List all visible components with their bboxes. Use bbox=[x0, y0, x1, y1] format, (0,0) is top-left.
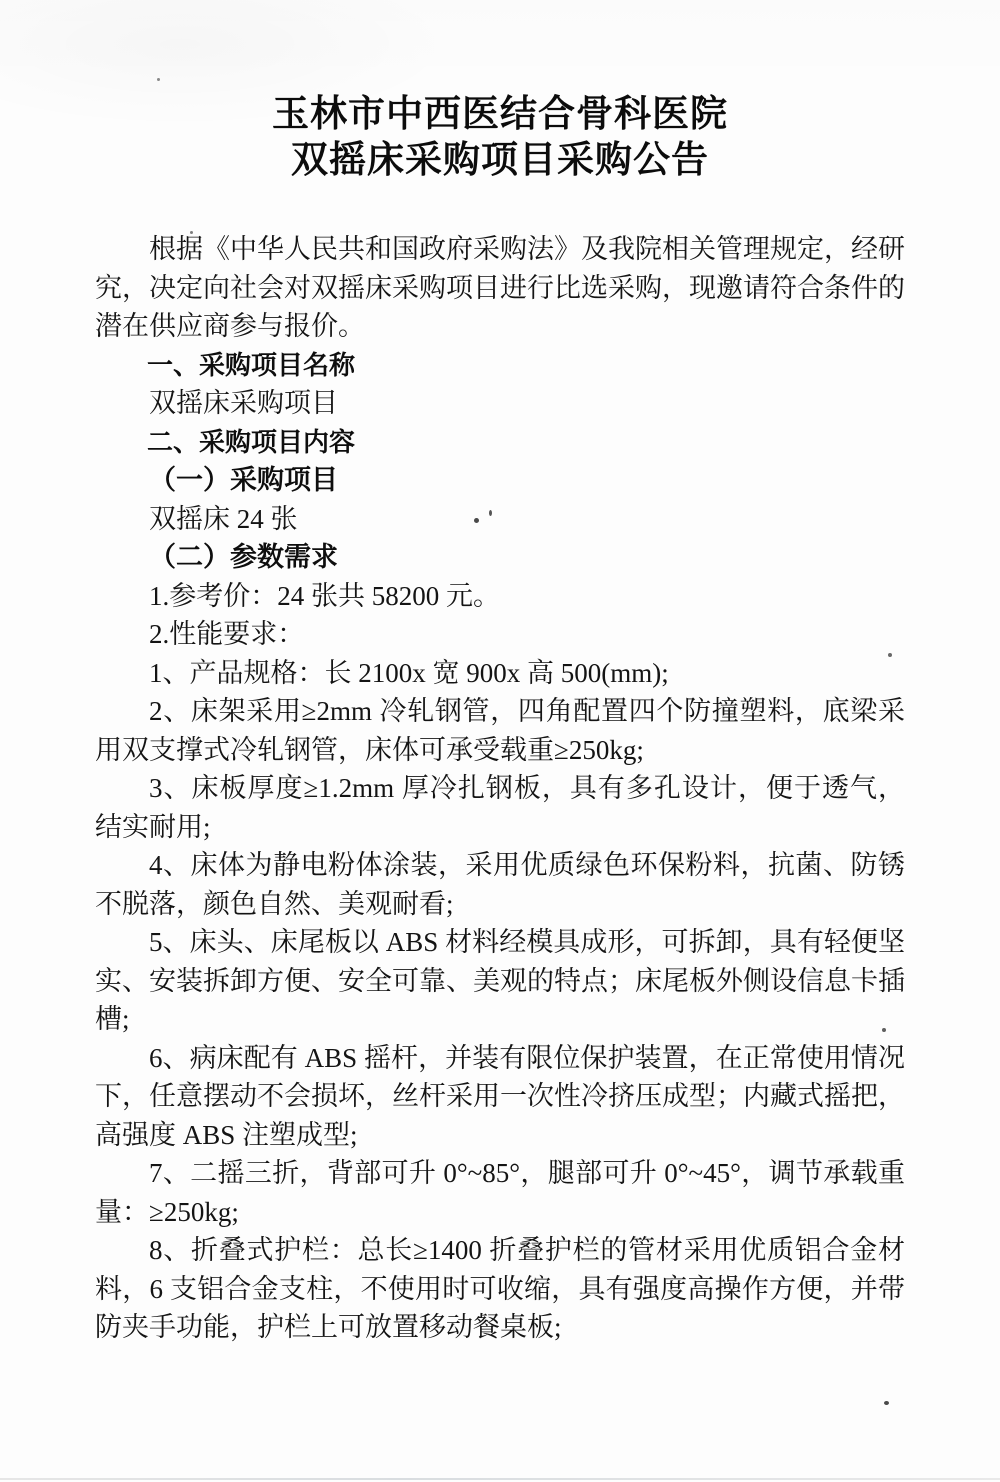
title-line-2: 双摇床采购项目采购公告 bbox=[0, 138, 1000, 184]
scan-speck bbox=[474, 518, 479, 523]
scan-speck bbox=[884, 1401, 889, 1405]
document-body: 根据《中华人民共和国政府采购法》及我院相关管理规定，经研究，决定向社会对双摇床采… bbox=[95, 230, 905, 1347]
title-line-1: 玉林市中西医结合骨科医院 bbox=[0, 92, 1000, 138]
scan-speck bbox=[157, 78, 160, 81]
param-item-5-headboard: 5、床头、床尾板以 ABS 材料经模具成形，可拆卸，具有轻便坚实、安装拆卸方便、… bbox=[95, 923, 905, 1039]
scan-speck bbox=[888, 653, 892, 657]
param-item-4-coating: 4、床体为静电粉体涂装，采用优质绿色环保粉料，抗菌、防锈不脱落，颜色自然、美观耐… bbox=[95, 846, 905, 923]
scan-speck bbox=[891, 277, 895, 281]
param-reference-price: 1.参考价：24 张共 58200 元。 bbox=[95, 577, 905, 616]
subsection-1-heading: （一）采购项目 bbox=[95, 461, 905, 500]
subsection-2-heading: （二）参数需求 bbox=[95, 538, 905, 577]
document-title: 玉林市中西医结合骨科医院 双摇床采购项目采购公告 bbox=[0, 0, 1000, 184]
scan-speck bbox=[882, 1028, 886, 1032]
intro-paragraph: 根据《中华人民共和国政府采购法》及我院相关管理规定，经研究，决定向社会对双摇床采… bbox=[95, 230, 905, 346]
param-item-7-adjustment: 7、二摇三折，背部可升 0°~85°，腿部可升 0°~45°，调节承载重量：≥2… bbox=[95, 1154, 905, 1231]
param-item-2-frame: 2、床架采用≥2mm 冷轧钢管，四角配置四个防撞塑料，底梁采用双支撑式冷轧钢管，… bbox=[95, 692, 905, 769]
section-1-body: 双摇床采购项目 bbox=[95, 384, 905, 423]
section-1-heading: 一、采购项目名称 bbox=[95, 346, 905, 385]
section-2-heading: 二、采购项目内容 bbox=[95, 423, 905, 462]
param-item-8-guardrail: 8、折叠式护栏：总长≥1400 折叠护栏的管材采用优质铝合金材料，6 支铝合金支… bbox=[95, 1231, 905, 1347]
scan-speck bbox=[489, 510, 492, 516]
subsection-1-body: 双摇床 24 张 bbox=[95, 500, 905, 539]
param-item-1-spec: 1、产品规格：长 2100x 宽 900x 高 500(mm); bbox=[95, 654, 905, 693]
scan-bottom-edge bbox=[0, 1478, 1000, 1480]
param-performance-heading: 2.性能要求： bbox=[95, 615, 905, 654]
param-item-6-crank: 6、病床配有 ABS 摇杆，并装有限位保护装置，在正常使用情况下，任意摆动不会损… bbox=[95, 1039, 905, 1155]
scan-speck bbox=[190, 231, 193, 234]
scanned-document-page: 玉林市中西医结合骨科医院 双摇床采购项目采购公告 根据《中华人民共和国政府采购法… bbox=[0, 0, 1000, 1482]
param-item-3-bedboard: 3、床板厚度≥1.2mm 厚冷扎钢板，具有多孔设计，便于透气，结实耐用; bbox=[95, 769, 905, 846]
